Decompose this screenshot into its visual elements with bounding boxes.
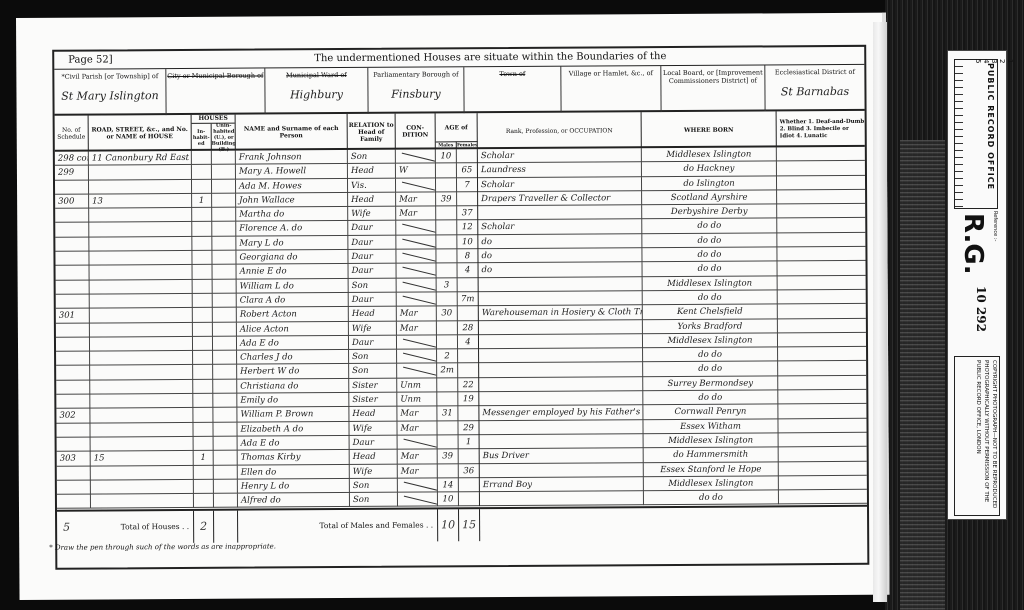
cell-inhabited — [193, 337, 213, 351]
cell-male-age — [437, 421, 458, 435]
cell-occupation: do — [479, 263, 643, 278]
cell-schedule: 302 — [56, 409, 90, 424]
cell-road — [90, 322, 193, 337]
cell-inhabited — [194, 437, 214, 451]
cell-relation: Head — [348, 164, 396, 179]
col-houses: HOUSES In-habit-ed Unin-habited (U.), or… — [192, 115, 236, 151]
cell-occupation — [479, 348, 643, 363]
cell-infirmity — [779, 461, 867, 476]
cell-condition: Mar — [397, 321, 437, 336]
cell-male-age: 3 — [437, 278, 458, 292]
ecclesiastical-district-value: St Barnabas — [765, 85, 864, 99]
cell-uninhabited — [214, 451, 238, 465]
cell-road — [90, 337, 193, 352]
strike-mark — [403, 353, 437, 363]
boundaries-heading: The undermentioned Houses are situate wi… — [314, 50, 834, 64]
cell-male-age: 39 — [438, 450, 459, 464]
cell-name: Alice Acton — [237, 322, 349, 337]
cell-infirmity — [777, 247, 865, 262]
cell-male-age — [436, 249, 457, 263]
cell-schedule — [55, 237, 89, 252]
cell-occupation — [479, 277, 643, 292]
total-inhabited: 2 — [194, 511, 214, 543]
cell-condition: Mar — [398, 464, 438, 479]
cell-occupation — [479, 334, 643, 349]
cell-infirmity — [779, 433, 867, 448]
parliamentary-borough-value: Finsbury — [368, 87, 463, 101]
cell-inhabited: 1 — [194, 451, 214, 465]
column-headers: No. of Schedule ROAD, STREET, &c., and N… — [55, 111, 865, 152]
cell-relation: Head — [348, 193, 396, 208]
cell-occupation — [480, 491, 644, 506]
cell-male-age — [436, 221, 457, 235]
cell-born: Middlesex Islington — [643, 333, 778, 348]
cell-infirmity — [777, 161, 865, 176]
cell-female-age: 10 — [457, 235, 478, 249]
cell-relation: Head — [349, 307, 397, 322]
cell-condition: Unm — [397, 378, 437, 393]
cell-name: William P. Brown — [237, 407, 349, 422]
cell-name: Christiana do — [237, 379, 349, 394]
cell-name: William L do — [237, 279, 349, 294]
cell-condition — [397, 335, 437, 350]
cell-condition — [396, 221, 436, 236]
cell-occupation — [480, 463, 644, 478]
cell-name: Elizabeth A do — [237, 422, 349, 437]
cell-road — [89, 237, 192, 252]
cell-female-age: 22 — [458, 378, 479, 392]
cell-condition: Mar — [397, 307, 437, 322]
cell-condition — [396, 250, 436, 265]
cell-name: Clara A do — [237, 293, 349, 308]
ruler-number: 5 — [974, 59, 982, 209]
cell-name: Ellen do — [238, 465, 350, 480]
cell-born: Surrey Bermondsey — [643, 376, 778, 391]
strike-mark — [402, 267, 436, 277]
cell-uninhabited — [212, 222, 236, 236]
cell-condition — [398, 493, 438, 508]
ruler-number: 2 — [998, 59, 1006, 209]
cell-male-age: 14 — [438, 478, 459, 492]
cell-female-age: 7 — [457, 178, 478, 192]
cell-male-age — [437, 335, 458, 349]
cell-born: do do — [643, 390, 778, 405]
cell-infirmity — [779, 476, 867, 491]
cell-name: Frank Johnson — [236, 150, 348, 165]
cell-inhabited — [192, 165, 212, 179]
cell-relation: Son — [349, 350, 397, 365]
cell-born: do do — [644, 490, 779, 505]
col-infirmity: Whether 1. Deaf-and-Dumb 2. Blind 3. Imb… — [777, 111, 865, 148]
cell-uninhabited — [214, 465, 238, 479]
cell-infirmity — [778, 318, 866, 333]
cell-female-age — [459, 478, 480, 492]
cell-road — [90, 380, 193, 395]
cell-name: Herbert W do — [237, 364, 349, 379]
strike-mark — [404, 481, 438, 491]
cell-female-age: 8 — [457, 249, 478, 263]
cell-infirmity — [778, 361, 866, 376]
reference-piece: 10 292 — [974, 286, 988, 332]
cell-male-age — [438, 435, 459, 449]
cell-condition: Mar — [398, 450, 438, 465]
cell-female-age — [458, 278, 479, 292]
cell-relation: Sister — [349, 378, 397, 393]
cell-condition: Mar — [397, 421, 437, 436]
cell-inhabited — [193, 394, 213, 408]
total-persons-label: Total of Males and Females . . — [238, 509, 438, 542]
cell-name: Ada M. Howes — [236, 179, 348, 194]
cell-female-age: 29 — [458, 421, 479, 435]
cell-infirmity — [777, 175, 865, 190]
cell-road: 13 — [89, 194, 192, 209]
cell-infirmity — [779, 490, 867, 505]
cell-schedule — [56, 380, 90, 395]
cell-born: do do — [643, 348, 778, 363]
cell-occupation — [479, 291, 643, 306]
cell-condition — [398, 435, 438, 450]
cell-road — [89, 208, 192, 223]
cell-male-age: 2m — [437, 364, 458, 378]
footnote: * Draw the pen through such of the words… — [49, 542, 276, 551]
cell-road — [89, 251, 192, 266]
record-office-title: PUBLIC RECORD OFFICE — [986, 63, 995, 190]
cell-infirmity — [777, 233, 865, 248]
census-table: Page 52] The undermentioned Houses are s… — [52, 45, 869, 570]
cell-condition: Mar — [396, 207, 436, 222]
cell-relation: Wife — [348, 207, 396, 222]
cell-road — [90, 280, 193, 295]
cell-female-age — [459, 449, 480, 463]
cell-road — [89, 222, 192, 237]
cell-schedule — [57, 480, 91, 495]
cell-born: Yorks Bradford — [643, 319, 778, 334]
strike-mark — [403, 296, 437, 306]
cell-male-age — [436, 178, 457, 192]
cell-occupation: Warehouseman in Hosiery & Cloth Trade — [479, 305, 643, 320]
cell-female-age: 36 — [459, 464, 480, 478]
cell-born: Middlesex Islington — [643, 276, 778, 291]
col-schedule: No. of Schedule — [55, 116, 89, 152]
places-row: *Civil Parish [or Township] of St Mary I… — [54, 65, 864, 116]
cell-born: do do — [643, 290, 778, 305]
place-municipal-borough: City or Municipal Borough of — [166, 68, 265, 115]
cell-born: do Islington — [642, 176, 777, 191]
cell-relation: Daur — [348, 221, 396, 236]
cell-infirmity — [778, 347, 866, 362]
reference-strip: 12345 PUBLIC RECORD OFFICE Reference :- … — [947, 50, 1007, 520]
cell-infirmity — [779, 447, 867, 462]
cell-inhabited — [194, 465, 214, 479]
cell-name: Georgiana do — [236, 250, 348, 265]
cell-condition: W — [396, 164, 436, 179]
cell-male-age: 10 — [436, 149, 457, 163]
cell-name: Ada E do — [238, 436, 350, 451]
cell-relation: Head — [349, 407, 397, 422]
cell-schedule — [56, 337, 90, 352]
cell-schedule: 301 — [56, 309, 90, 324]
cell-uninhabited — [213, 394, 237, 408]
cell-infirmity — [778, 390, 866, 405]
cell-schedule — [55, 209, 89, 224]
cell-male-age: 31 — [437, 407, 458, 421]
cell-uninhabited — [213, 308, 237, 322]
cell-occupation: Errand Boy — [480, 477, 644, 492]
cell-inhabited — [193, 351, 213, 365]
cell-uninhabited — [212, 151, 236, 165]
cell-inhabited — [193, 408, 213, 422]
cell-occupation: do — [478, 248, 642, 263]
cell-female-age: 12 — [457, 221, 478, 235]
cell-name: Henry L do — [238, 479, 350, 494]
cell-schedule — [56, 280, 90, 295]
cell-name: Mary A. Howell — [236, 164, 348, 179]
strike-mark — [402, 281, 436, 291]
cell-male-age: 30 — [437, 307, 458, 321]
cell-schedule — [55, 252, 89, 267]
cell-road — [90, 423, 193, 438]
strike-mark — [402, 224, 436, 234]
cell-uninhabited — [213, 379, 237, 393]
cell-infirmity — [777, 147, 865, 162]
place-municipal-ward: Municipal Ward of Highbury — [265, 68, 368, 115]
cell-uninhabited — [212, 179, 236, 193]
cell-condition — [396, 178, 436, 193]
cell-male-age — [437, 264, 458, 278]
total-houses: 5 Total of Houses . . — [57, 511, 194, 544]
cell-road — [91, 494, 194, 509]
cell-road — [90, 394, 193, 409]
cell-born: Derbyshire Derby — [642, 205, 777, 220]
cell-female-age — [458, 306, 479, 320]
strike-mark — [402, 238, 436, 248]
cell-road — [91, 480, 194, 495]
cell-uninhabited — [213, 279, 237, 293]
col-relation: RELATION to Head of Family — [348, 114, 396, 150]
cell-born: Middlesex Islington — [644, 476, 779, 491]
cell-occupation: Scholar — [478, 177, 642, 192]
cell-male-age — [437, 292, 458, 306]
cell-relation: Daur — [348, 250, 396, 265]
cell-inhabited — [192, 179, 212, 193]
cell-schedule — [55, 223, 89, 238]
cell-schedule — [56, 323, 90, 338]
place-town: Town of — [464, 67, 561, 114]
cell-road — [90, 308, 193, 323]
cell-born: Essex Stanford le Hope — [644, 462, 779, 477]
cell-male-age — [438, 464, 459, 478]
cell-inhabited — [192, 208, 212, 222]
cell-born: do do — [642, 219, 777, 234]
cell-female-age — [457, 192, 478, 206]
civil-parish-value: St Mary Islington — [54, 89, 165, 103]
cell-female-age: 1 — [459, 435, 480, 449]
cell-condition — [397, 350, 437, 365]
cell-female-age: 7m — [458, 292, 479, 306]
cell-uninhabited — [214, 494, 238, 508]
cell-male-age: 10 — [438, 492, 459, 506]
cell-uninhabited — [213, 422, 237, 436]
cell-born: do do — [643, 262, 778, 277]
cell-uninhabited — [212, 208, 236, 222]
total-females: 15 — [459, 509, 480, 541]
cell-relation: Sister — [349, 393, 397, 408]
cell-relation: Daur — [349, 336, 397, 351]
place-ecclesiastical-district: Ecclesiastical District of St Barnabas — [765, 65, 864, 112]
cell-schedule: 303 — [57, 452, 91, 467]
cell-relation: Head — [350, 450, 398, 465]
cell-name: Emily do — [237, 393, 349, 408]
cell-inhabited — [193, 322, 213, 336]
cell-occupation — [479, 377, 643, 392]
cell-uninhabited — [213, 365, 237, 379]
cell-name: John Wallace — [236, 193, 348, 208]
cell-condition — [398, 478, 438, 493]
cell-name: Ada E do — [237, 336, 349, 351]
place-village: Village or Hamlet, &c., of — [561, 66, 661, 113]
cell-occupation — [479, 420, 643, 435]
cell-condition — [396, 149, 436, 164]
cell-born: do do — [642, 233, 777, 248]
cell-uninhabited — [212, 165, 236, 179]
cell-infirmity — [778, 290, 866, 305]
cell-condition — [397, 292, 437, 307]
cell-born: Scotland Ayrshire — [642, 190, 777, 205]
cell-schedule: 298 cont — [55, 152, 89, 167]
cell-born: do do — [643, 362, 778, 377]
cell-road — [90, 351, 193, 366]
cell-schedule: 299 — [55, 166, 89, 181]
cell-occupation — [479, 320, 643, 335]
cell-condition: Mar — [397, 407, 437, 422]
cell-female-age: 28 — [458, 321, 479, 335]
cell-female-age — [458, 407, 479, 421]
cell-relation: Vis. — [348, 178, 396, 193]
col-name: NAME and Surname of each Person — [236, 114, 348, 151]
strike-mark — [402, 153, 436, 163]
cell-born: Kent Chelsfield — [643, 305, 778, 320]
cell-occupation — [479, 391, 643, 406]
cell-occupation: Messenger employed by his Father's Mill — [479, 406, 643, 421]
cell-male-age — [437, 392, 458, 406]
cell-relation: Daur — [349, 264, 397, 279]
cell-name: Charles J do — [237, 350, 349, 365]
cell-inhabited: 1 — [192, 194, 212, 208]
cell-infirmity — [777, 190, 865, 205]
cell-inhabited — [192, 222, 212, 236]
cell-condition — [397, 278, 437, 293]
place-parliamentary-borough: Parliamentary Borough of Finsbury — [368, 67, 464, 114]
cell-inhabited — [193, 308, 213, 322]
cell-infirmity — [778, 304, 866, 319]
strike-mark — [402, 253, 436, 263]
cell-occupation: Scholar — [478, 148, 642, 163]
cell-condition: Mar — [396, 192, 436, 207]
cell-name: Mary L do — [236, 236, 348, 251]
cell-born: Essex Witham — [643, 419, 778, 434]
cell-female-age — [458, 349, 479, 363]
cell-born: do do — [642, 247, 777, 262]
cell-female-age: 37 — [457, 206, 478, 220]
cell-relation: Son — [349, 364, 397, 379]
background-texture — [900, 140, 945, 610]
cell-schedule — [57, 466, 91, 481]
cell-occupation: do — [478, 234, 642, 249]
cell-relation: Daur — [350, 436, 398, 451]
cell-schedule — [56, 352, 90, 367]
col-road: ROAD, STREET, &c., and No. or NAME of HO… — [89, 115, 192, 152]
cell-infirmity — [778, 418, 866, 433]
cell-uninhabited — [212, 251, 236, 265]
cell-male-age — [437, 378, 458, 392]
cell-relation: Son — [349, 278, 397, 293]
cell-uninhabited — [214, 479, 238, 493]
cell-schedule — [57, 495, 91, 510]
cell-road — [91, 437, 194, 452]
cell-uninhabited — [212, 194, 236, 208]
cell-schedule — [55, 180, 89, 195]
cell-road — [90, 365, 193, 380]
cell-uninhabited — [212, 236, 236, 250]
strike-mark — [403, 339, 437, 349]
cell-inhabited — [193, 279, 213, 293]
cell-uninhabited — [213, 408, 237, 422]
cell-infirmity — [778, 376, 866, 391]
cell-male-age — [436, 235, 457, 249]
cell-road — [89, 180, 192, 195]
cell-female-age — [457, 149, 478, 163]
cell-relation: Wife — [349, 421, 397, 436]
cell-infirmity — [778, 333, 866, 348]
cell-infirmity — [777, 204, 865, 219]
cell-occupation: Bus Driver — [480, 448, 644, 463]
cell-born: Middlesex Islington — [642, 147, 777, 162]
strike-mark — [404, 496, 438, 506]
cell-male-age — [436, 206, 457, 220]
cell-road — [90, 294, 193, 309]
strike-mark — [402, 181, 436, 191]
cell-uninhabited — [213, 337, 237, 351]
cell-schedule: 300 — [55, 194, 89, 209]
cell-schedule — [56, 366, 90, 381]
reference-label: Reference :- — [992, 211, 998, 241]
total-uninhabited — [214, 511, 238, 543]
cell-infirmity — [778, 261, 866, 276]
page-number: Page 52] — [68, 54, 112, 65]
col-condition: CON-DITION — [396, 113, 436, 149]
cell-relation: Son — [350, 493, 398, 508]
cell-inhabited — [193, 365, 213, 379]
cell-infirmity — [778, 404, 866, 419]
cell-occupation: Scholar — [478, 220, 642, 235]
cell-occupation: Drapers Traveller & Collector — [478, 191, 642, 206]
cell-uninhabited — [214, 437, 238, 451]
cell-name: Martha do — [236, 207, 348, 222]
cell-inhabited — [193, 422, 213, 436]
cell-inhabited — [192, 251, 212, 265]
cell-road — [89, 165, 192, 180]
census-rows: 298 cont11 Canonbury Rd EastFrank Johnso… — [55, 147, 867, 509]
cell-schedule — [56, 295, 90, 310]
cell-infirmity — [778, 275, 866, 290]
place-local-board: Local Board, or [Improvement Commissione… — [661, 65, 765, 112]
cell-born: do Hackney — [642, 162, 777, 177]
cell-schedule — [57, 437, 91, 452]
cell-male-age — [436, 164, 457, 178]
cell-inhabited — [192, 237, 212, 251]
cell-schedule — [56, 266, 90, 281]
cell-condition: Unm — [397, 392, 437, 407]
